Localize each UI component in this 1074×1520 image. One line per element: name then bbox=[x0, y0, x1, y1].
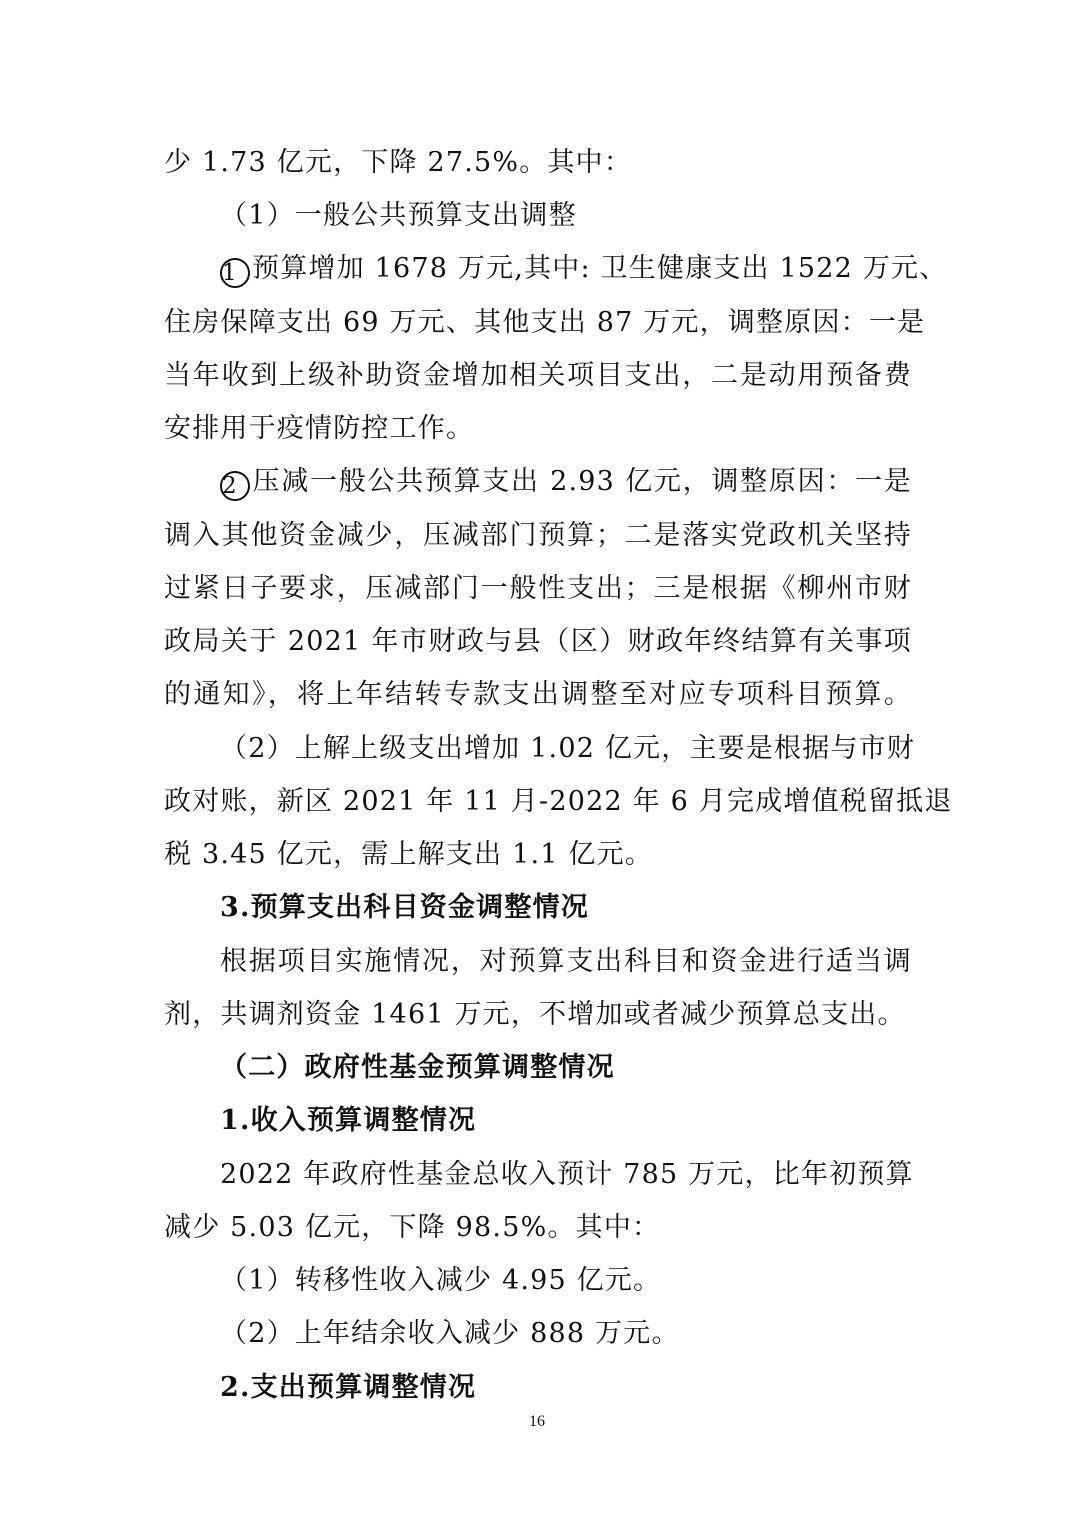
page-number: 16 bbox=[0, 1412, 1074, 1432]
text-line: 政局关于 2021 年市财政与县（区）财政年终结算有关事项 bbox=[164, 625, 912, 659]
list-item-1: 1预算增加 1678 万元,其中: 卫生健康支出 1522 万元、 bbox=[220, 252, 912, 288]
text-line: （2）上解上级支出增加 1.02 亿元，主要是根据与市财 bbox=[220, 732, 912, 766]
list-item: （2）上年结余收入减少 888 万元。 bbox=[220, 1317, 912, 1351]
circled-number-2-icon: 2 bbox=[220, 471, 250, 501]
text-line: 2022 年政府性基金总收入预计 785 万元，比年初预算 bbox=[220, 1158, 912, 1192]
list-item-text: 预算增加 1678 万元,其中: 卫生健康支出 1522 万元、 bbox=[252, 253, 947, 284]
text-line: 根据项目实施情况，对预算支出科目和资金进行适当调 bbox=[220, 945, 912, 979]
text-line: 的通知》，将上年结转专款支出调整至对应专项科目预算。 bbox=[164, 678, 912, 712]
circled-number-1-icon: 1 bbox=[220, 258, 250, 288]
text-line: 减少 5.03 亿元，下降 98.5%。其中： bbox=[164, 1211, 912, 1245]
text-line: 当年收到上级补助资金增加相关项目支出，二是动用预备费 bbox=[164, 359, 912, 393]
text-line: 住房保障支出 69 万元、其他支出 87 万元，调整原因：一是 bbox=[164, 306, 912, 340]
section-heading: 2.支出预算调整情况 bbox=[220, 1371, 912, 1405]
text-line: 税 3.45 亿元，需上解支出 1.1 亿元。 bbox=[164, 838, 912, 872]
section-heading: （二）政府性基金预算调整情况 bbox=[220, 1051, 912, 1085]
text-line: 安排用于疫情防控工作。 bbox=[164, 412, 912, 446]
text-line: 政对账，新区 2021 年 11 月-2022 年 6 月完成增值税留抵退 bbox=[164, 785, 912, 819]
text-line: 调入其他资金减少，压减部门预算；二是落实党政机关坚持 bbox=[164, 519, 912, 553]
list-item: （1）转移性收入减少 4.95 亿元。 bbox=[220, 1264, 912, 1298]
text-line: 剂，共调剂资金 1461 万元，不增加或者减少预算总支出。 bbox=[164, 998, 912, 1032]
section-heading: 3.预算支出科目资金调整情况 bbox=[220, 891, 912, 925]
text-line: 过紧日子要求，压减部门一般性支出；三是根据《柳州市财 bbox=[164, 572, 912, 606]
list-item-2: 2压减一般公共预算支出 2.93 亿元，调整原因：一是 bbox=[220, 465, 912, 501]
section-heading: 1.收入预算调整情况 bbox=[220, 1104, 912, 1138]
list-item-text: 压减一般公共预算支出 2.93 亿元，调整原因：一是 bbox=[252, 466, 912, 497]
subsection-heading: （1）一般公共预算支出调整 bbox=[220, 199, 912, 233]
document-page: 少 1.73 亿元，下降 27.5%。其中： （1）一般公共预算支出调整 1预算… bbox=[0, 0, 1074, 1520]
text-line: 少 1.73 亿元，下降 27.5%。其中： bbox=[164, 146, 912, 180]
